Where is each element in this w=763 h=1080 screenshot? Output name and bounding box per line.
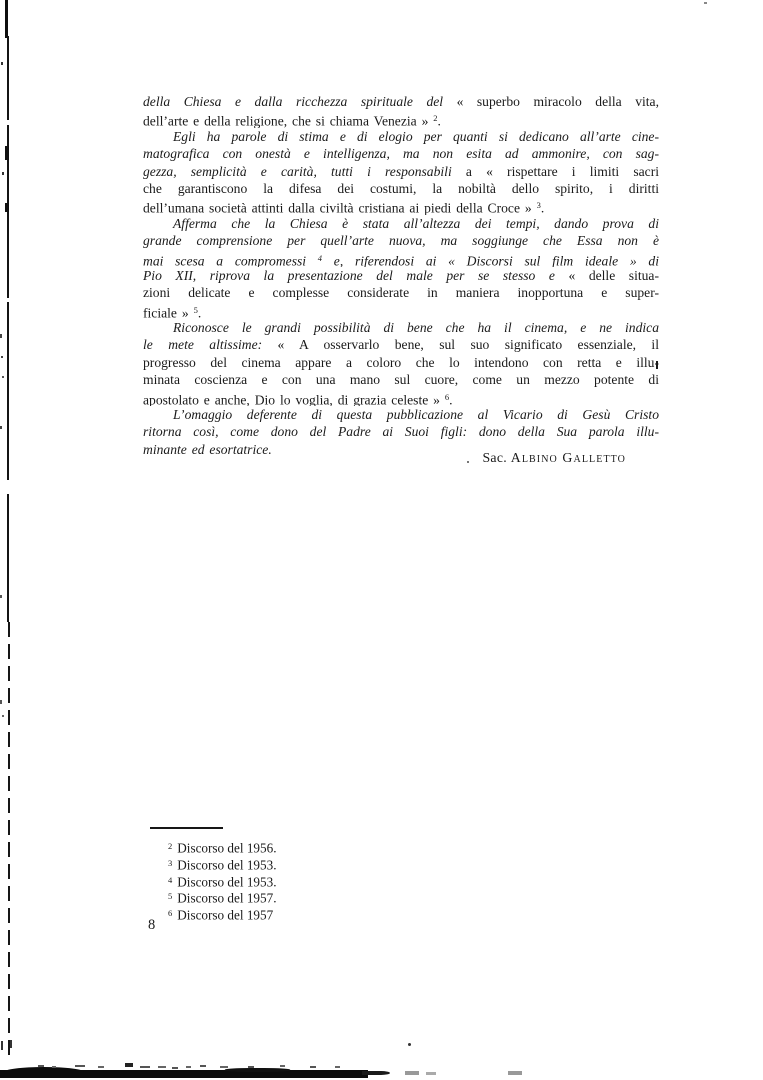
- text-line: Riconosce le grandi possibilità di bene …: [143, 319, 659, 336]
- text-line: dell’arte e della religione, che si chia…: [143, 110, 659, 127]
- text-line: ficiale » 5.: [143, 302, 659, 319]
- scan-edge-gap3: [6, 480, 11, 494]
- footnote-item: 2Discorso del 1956.: [168, 838, 277, 855]
- footnote-rule: [150, 827, 223, 829]
- text-line: apostolato e anche, Dio lo voglia, di gr…: [143, 389, 659, 406]
- scan-speckle: [248, 1066, 254, 1068]
- text-line: dell’umana società attinti dalla civiltà…: [143, 197, 659, 214]
- text-line: minata coscienza e con una mano sul cuor…: [143, 371, 659, 388]
- scan-speck: [2, 172, 4, 175]
- text-segment: le mete altissime:: [143, 337, 278, 352]
- footnote-mark: 6: [168, 908, 172, 918]
- text-segment: .: [541, 201, 544, 215]
- scan-speckle: [140, 1066, 150, 1068]
- scan-edge-gap1: [6, 120, 11, 125]
- text-segment: ficiale »: [143, 305, 194, 319]
- scan-speckle: [280, 1065, 285, 1067]
- text-segment: .: [198, 305, 201, 319]
- text-line: che garantiscono la difesa dei costumi, …: [143, 180, 659, 197]
- footnote-item: 3Discorso del 1953.: [168, 855, 277, 872]
- text-segment: Egli ha parole di stima e di elogio per …: [173, 129, 659, 144]
- body-text: della Chiesa e dalla ricchezza spiritual…: [143, 93, 659, 458]
- scan-speckle: [158, 1066, 166, 1068]
- scan-speckle: [200, 1065, 206, 1067]
- text-segment: dell’arte e della religione, che si chia…: [143, 114, 433, 128]
- text-segment: minata coscienza e con una mano sul cuor…: [143, 372, 659, 387]
- text-segment: grande comprensione per quell’arte nuova…: [143, 233, 659, 248]
- scan-speck: [1, 62, 3, 65]
- footnote-item: 6Discorso del 1957: [168, 905, 277, 922]
- text-line: matografica con onestà e intelligenza, m…: [143, 145, 659, 162]
- scan-speck: [0, 334, 2, 338]
- scan-speck: [2, 376, 4, 378]
- text-segment: progresso del cinema appare a coloro che…: [143, 355, 659, 370]
- text-segment: e, riferendosi ai « Discorsi sul film id…: [322, 253, 659, 267]
- footnote-mark: 2: [168, 841, 172, 851]
- scan-bottom-band-tail: [362, 1071, 390, 1075]
- scan-speckle: [38, 1065, 44, 1067]
- scan-speckle: [75, 1065, 85, 1067]
- scan-speck: [10, 1040, 12, 1048]
- text-line: gezza, semplicità e carità, tutti i resp…: [143, 163, 659, 180]
- footnote-mark: 3: [168, 858, 172, 868]
- text-segment: mai scesa a compromessi: [143, 253, 318, 267]
- scanned-book-page: della Chiesa e dalla ricchezza spiritual…: [0, 0, 763, 1080]
- scan-speckle: [220, 1066, 228, 1068]
- scan-dot: [408, 1043, 411, 1046]
- text-segment: Riconosce le grandi possibilità di bene …: [173, 320, 659, 335]
- text-segment: Afferma che la Chiesa è stata all’altezz…: [173, 216, 659, 231]
- text-segment: gezza, semplicità e carità, tutti i resp…: [143, 164, 466, 179]
- text-segment: dell’umana società attinti dalla civiltà…: [143, 201, 537, 215]
- text-line: mai scesa a compromessi 4 e, riferendosi…: [143, 250, 659, 267]
- text-line: progresso del cinema appare a coloro che…: [143, 354, 659, 371]
- scan-edge-line-dashed: [8, 622, 10, 1062]
- text-line: zioni delicate e complesse considerate i…: [143, 284, 659, 301]
- text-segment: .: [449, 392, 452, 406]
- footnote-mark: 5: [168, 891, 172, 901]
- text-segment: Pio XII, riprova la presentazione del ma…: [143, 268, 568, 283]
- text-segment: L’omaggio deferente di questa pubblicazi…: [173, 407, 659, 422]
- scan-edge-line-thick1: [5, 146, 9, 160]
- footnotes: 2Discorso del 1956.3Discorso del 1953.4D…: [168, 838, 277, 922]
- footnote-text: Discorso del 1953.: [177, 857, 276, 872]
- scan-bottom-band: [0, 1070, 368, 1078]
- footnote-text: Discorso del 1956.: [177, 841, 276, 856]
- text-segment: a « rispettare i limiti sacri: [466, 164, 659, 179]
- scan-edge-line-thick2: [5, 203, 9, 212]
- footnote-text: Discorso del 1957: [177, 908, 273, 923]
- text-line: grande comprensione per quell’arte nuova…: [143, 232, 659, 249]
- text-segment: della Chiesa e dalla ricchezza spiritual…: [143, 94, 457, 109]
- scan-smudge: [426, 1072, 436, 1075]
- scan-speckle: [98, 1066, 104, 1068]
- text-segment: .: [438, 114, 441, 128]
- scan-speck: [0, 595, 2, 598]
- text-segment: « A osservarlo bene, sul suo significato…: [278, 337, 659, 352]
- scan-speck: [0, 700, 2, 704]
- signature-name: Albino Galletto: [511, 450, 626, 465]
- scan-speck: [0, 426, 2, 429]
- text-segment: zioni delicate e complesse considerate i…: [143, 285, 659, 300]
- scan-edge-line-mid: [7, 36, 9, 622]
- text-segment: ritorna così, come dono del Padre ai Suo…: [143, 424, 659, 439]
- scan-edge-line-top: [5, 0, 8, 38]
- text-line: della Chiesa e dalla ricchezza spiritual…: [143, 93, 659, 110]
- scan-speckle: [335, 1066, 340, 1068]
- text-line: Afferma che la Chiesa è stata all’altezz…: [143, 215, 659, 232]
- text-segment: apostolato e anche, Dio lo voglia, di gr…: [143, 392, 445, 406]
- scan-bottom-band-hump: [4, 1067, 84, 1072]
- text-line: le mete altissime: « A osservarlo bene, …: [143, 336, 659, 353]
- page-number: 8: [148, 917, 155, 934]
- text-segment: « superbo miracolo della vita,: [457, 94, 659, 109]
- signature-prefix: Sac.: [482, 450, 507, 465]
- footnote-item: 5Discorso del 1957.: [168, 888, 277, 905]
- scan-bottom-band-hump: [225, 1068, 290, 1072]
- footnote-text: Discorso del 1957.: [177, 891, 276, 906]
- scan-speckle: [172, 1067, 178, 1069]
- scan-edge-gap2: [6, 298, 11, 302]
- text-line: ritorna così, come dono del Padre ai Suo…: [143, 423, 659, 440]
- signature-line: Sac. Albino Galletto: [143, 450, 659, 466]
- scan-speckle: [52, 1066, 56, 1068]
- text-line: Pio XII, riprova la presentazione del ma…: [143, 267, 659, 284]
- scan-smudge: [508, 1071, 522, 1075]
- scan-speck: [1, 356, 3, 358]
- scan-speck: [704, 2, 707, 4]
- text-line: Egli ha parole di stima e di elogio per …: [143, 128, 659, 145]
- footnote-item: 4Discorso del 1953.: [168, 872, 277, 889]
- footnote-text: Discorso del 1953.: [177, 874, 276, 889]
- text-segment: che garantiscono la difesa dei costumi, …: [143, 181, 659, 196]
- text-segment: matografica con onestà e intelligenza, m…: [143, 146, 659, 161]
- scan-smudge: [405, 1071, 419, 1075]
- text-segment: « delle situa-: [568, 268, 659, 283]
- footnote-mark: 4: [168, 875, 172, 885]
- scan-speck: [2, 715, 4, 717]
- scan-speckle: [125, 1063, 133, 1067]
- text-line: L’omaggio deferente di questa pubblicazi…: [143, 406, 659, 423]
- scan-speckle: [186, 1066, 191, 1068]
- scan-speck: [1, 1041, 3, 1050]
- scan-speckle: [310, 1066, 316, 1068]
